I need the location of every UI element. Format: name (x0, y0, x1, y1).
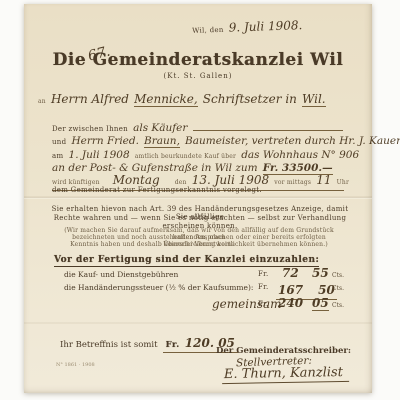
dateline-printed: Wil, den (192, 26, 224, 35)
notice-fine-3: Kenntnis haben und deshalb keinerlei Ver… (64, 241, 334, 248)
salutation-line: an Herrn Alfred Mennicke, Schriftsetzer … (38, 88, 326, 107)
body-l5-written-b: 13. Juli 1908 (192, 173, 269, 187)
total-due-printed: Ihr Betreffnis ist somit (60, 340, 158, 350)
total-due-line: Ihr Betreffnis ist somit Fr. 120. 05 (60, 332, 238, 351)
fee-total-unit: Cts. (332, 302, 344, 309)
form-imprint: N° 1861 · 1908 (56, 362, 95, 368)
scanned-document-paper: 67. Wil, den 9. Juli 1908. Die Gemeinder… (24, 4, 372, 393)
document-subtitle: (Kt. St. Gallen) (24, 72, 372, 80)
signature-name: E. Thurn, Kanzlist (222, 365, 349, 384)
document-title: Die Gemeinderatskanzlei Wil (24, 50, 372, 70)
fee-row-1-cts: 55 (312, 266, 329, 280)
dateline-written: 9. Juli 1908. (228, 18, 302, 35)
fee-row-2-unit: Cts. (332, 285, 344, 292)
fee-total-fr: Fr. (258, 300, 269, 308)
dateline: Wil, den 9. Juli 1908. (192, 14, 303, 37)
body-line-6: dem Gemeinderat zur Fertigungserkanntnis… (52, 186, 262, 194)
body-l5-written-a: Montag (113, 173, 160, 187)
body-l5-written-c: 11 (316, 173, 331, 187)
salutation-name-a: Herrn Alfred (51, 92, 129, 106)
fee-row-1-francs: 72 (282, 266, 299, 280)
body-l5-printed-a: wird künftigen (52, 179, 100, 186)
fold-crease-lower (24, 322, 372, 324)
fee-row-1-fr: Fr. (258, 270, 269, 278)
salutation-name-b: Mennicke, (134, 92, 198, 107)
fee-row-1-unit: Cts. (332, 272, 344, 279)
fee-row-2: die Handänderungssteuer (½ % der Kaufsum… (64, 281, 344, 293)
body-l5-printed-d: Uhr (337, 179, 349, 186)
fees-heading: Vor der Fertigung sind der Kanzlei einzu… (54, 255, 319, 267)
body-l5-printed-b: den (175, 179, 187, 186)
fee-row-2-fr: Fr. (258, 283, 269, 291)
fee-row-1-label: die Kauf- und Dienstgebühren (64, 270, 178, 279)
salutation-profession: Schriftsetzer in (203, 92, 297, 106)
fold-crease (24, 196, 372, 199)
salutation-prefix: an (38, 98, 46, 105)
fee-total-francs: 240 (278, 296, 303, 310)
total-due-fr: Fr. (166, 340, 180, 350)
fee-total-row: gemeinsam Fr. 240 05 Cts. (64, 297, 344, 311)
fee-total-cts: 05 (312, 296, 329, 311)
body-l5-printed-c: vor mittags (274, 179, 311, 186)
salutation-place: Wil. (302, 92, 326, 107)
fee-row-2-label: die Handänderungssteuer (½ % der Kaufsum… (64, 283, 253, 292)
fee-total-label: gemeinsam (212, 297, 282, 311)
fee-row-2-francs: 167 (278, 283, 303, 297)
signature-role: Der Gemeinderatsschreiber: (216, 346, 351, 356)
